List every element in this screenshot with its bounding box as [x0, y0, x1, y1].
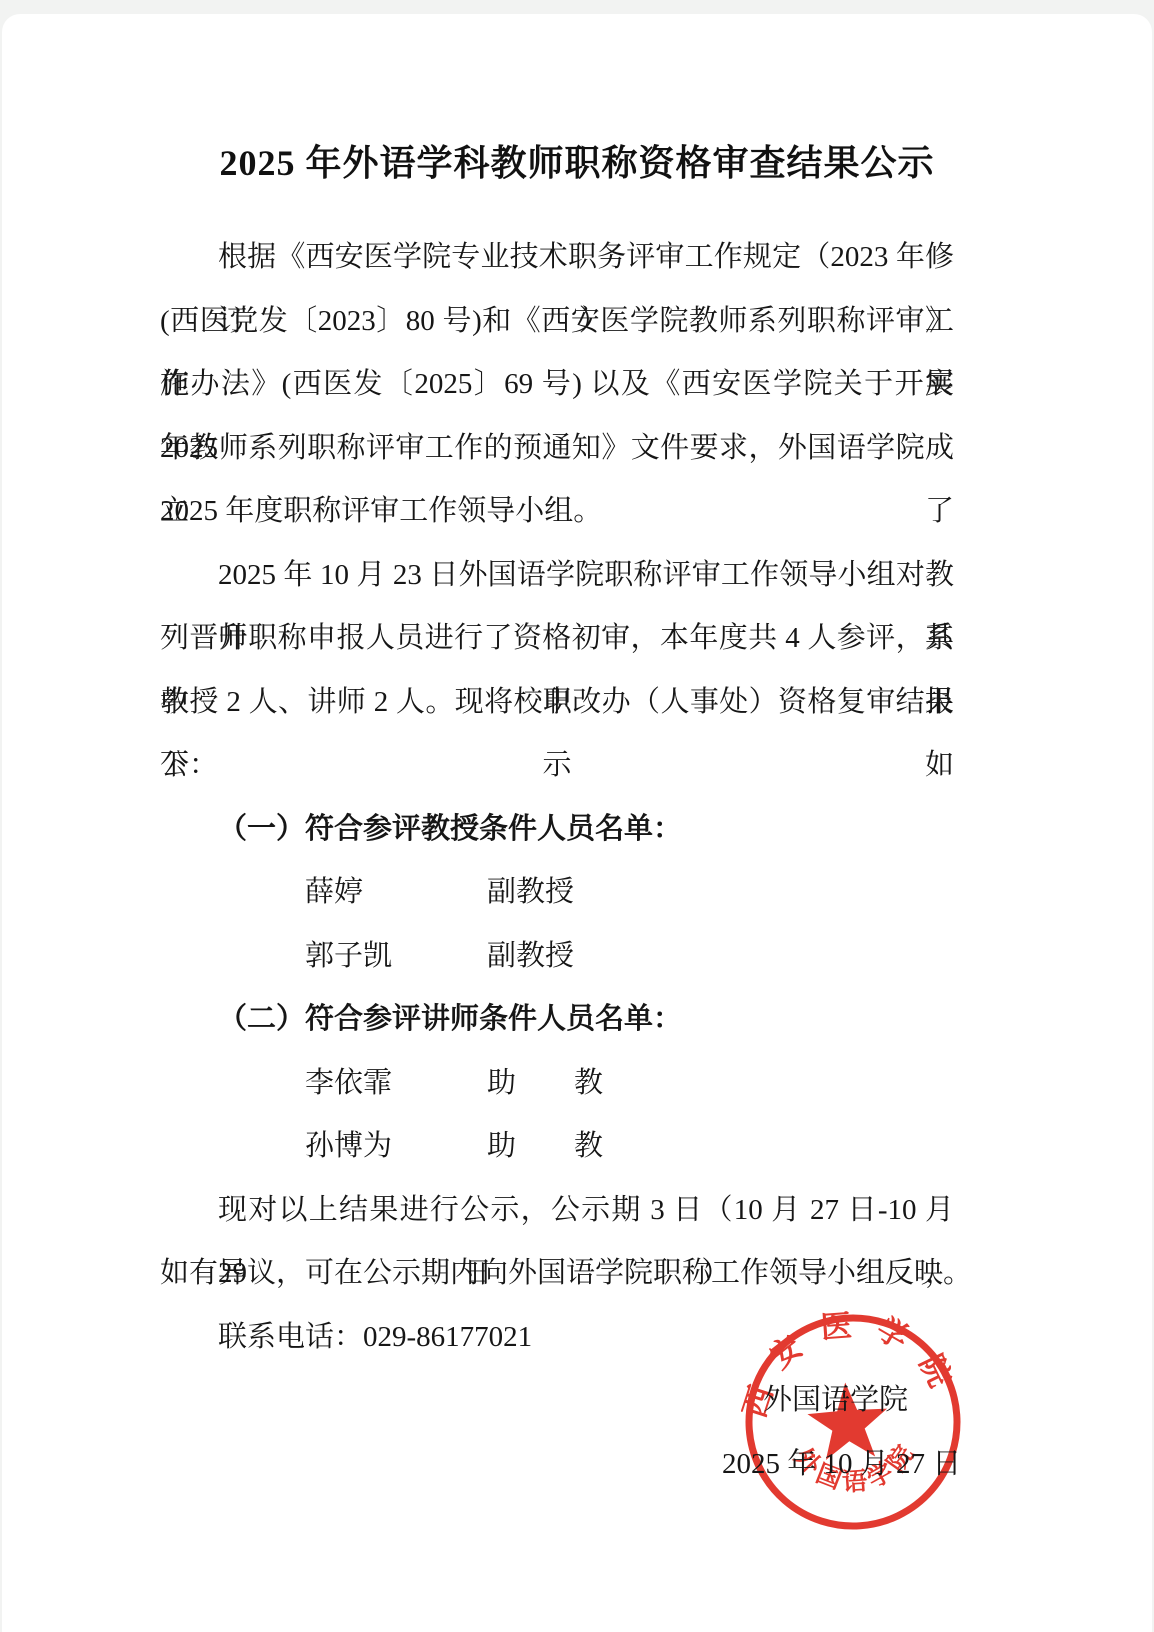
section-heading-professors: （一）符合参评教授条件人员名单： [160, 798, 954, 862]
paragraph-line: 下： [160, 734, 954, 798]
person-name: 郭子凯 [305, 925, 487, 989]
document-page: 2025 年外语学科教师职称资格审查结果公示 根据《西安医学院专业技术职务评审工… [2, 14, 1152, 1632]
signature-org: 外国语学院 [160, 1369, 954, 1433]
paragraph-line: 列晋升职称申报人员进行了资格初审，本年度共 4 人参评，其中申报 [160, 607, 954, 671]
section-heading-lecturers: （二）符合参评讲师条件人员名单： [160, 988, 954, 1052]
person-rank: 助 教 [487, 1130, 603, 1162]
person-name: 薛婷 [305, 861, 487, 925]
paragraph-line: (西医党发〔2023〕80 号)和《西安医学院教师系列职称评审工作实 [160, 290, 954, 354]
signature-date: 2025 年 10 月 27 日 [160, 1433, 954, 1497]
person-name: 孙博为 [305, 1115, 487, 1179]
paragraph-line: 根据《西安医学院专业技术职务评审工作规定（2023 年修订）》 [160, 226, 954, 290]
roster-row: 薛婷副教授 [160, 861, 954, 925]
person-rank: 副教授 [487, 940, 574, 972]
person-name: 李依霏 [305, 1052, 487, 1116]
paragraph-line: 施办法》(西医发〔2025〕69 号) 以及《西安医学院关于开展 2025 [160, 353, 954, 417]
document-title: 2025 年外语学科教师职称资格审查结果公示 [2, 135, 1152, 186]
person-rank: 助 教 [487, 1067, 603, 1099]
paragraph-line: 2025 年 10 月 23 日外国语学院职称评审工作领导小组对教师系 [160, 544, 954, 608]
paragraph-line: 年教师系列职称评审工作的预通知》文件要求，外国语学院成立了 [160, 417, 954, 481]
paragraph-line: 如有异议，可在公示期内向外国语学院职称工作领导小组反映。 [160, 1242, 954, 1306]
paragraph-line: 现对以上结果进行公示，公示期 3 日（10 月 27 日-10 月 29 日）， [160, 1179, 954, 1243]
document-body: 根据《西安医学院专业技术职务评审工作规定（2023 年修订）》 (西医党发〔20… [2, 226, 1152, 1496]
roster-row: 孙博为助 教 [160, 1115, 954, 1179]
contact-phone-line: 联系电话：029-86177021 [160, 1306, 954, 1370]
person-rank: 副教授 [487, 876, 574, 908]
roster-row: 郭子凯副教授 [160, 925, 954, 989]
roster-row: 李依霏助 教 [160, 1052, 954, 1116]
paragraph-line: 教授 2 人、讲师 2 人。现将校职改办（人事处）资格复审结果公示如 [160, 671, 954, 735]
paragraph-line: 2025 年度职称评审工作领导小组。 [160, 480, 954, 544]
